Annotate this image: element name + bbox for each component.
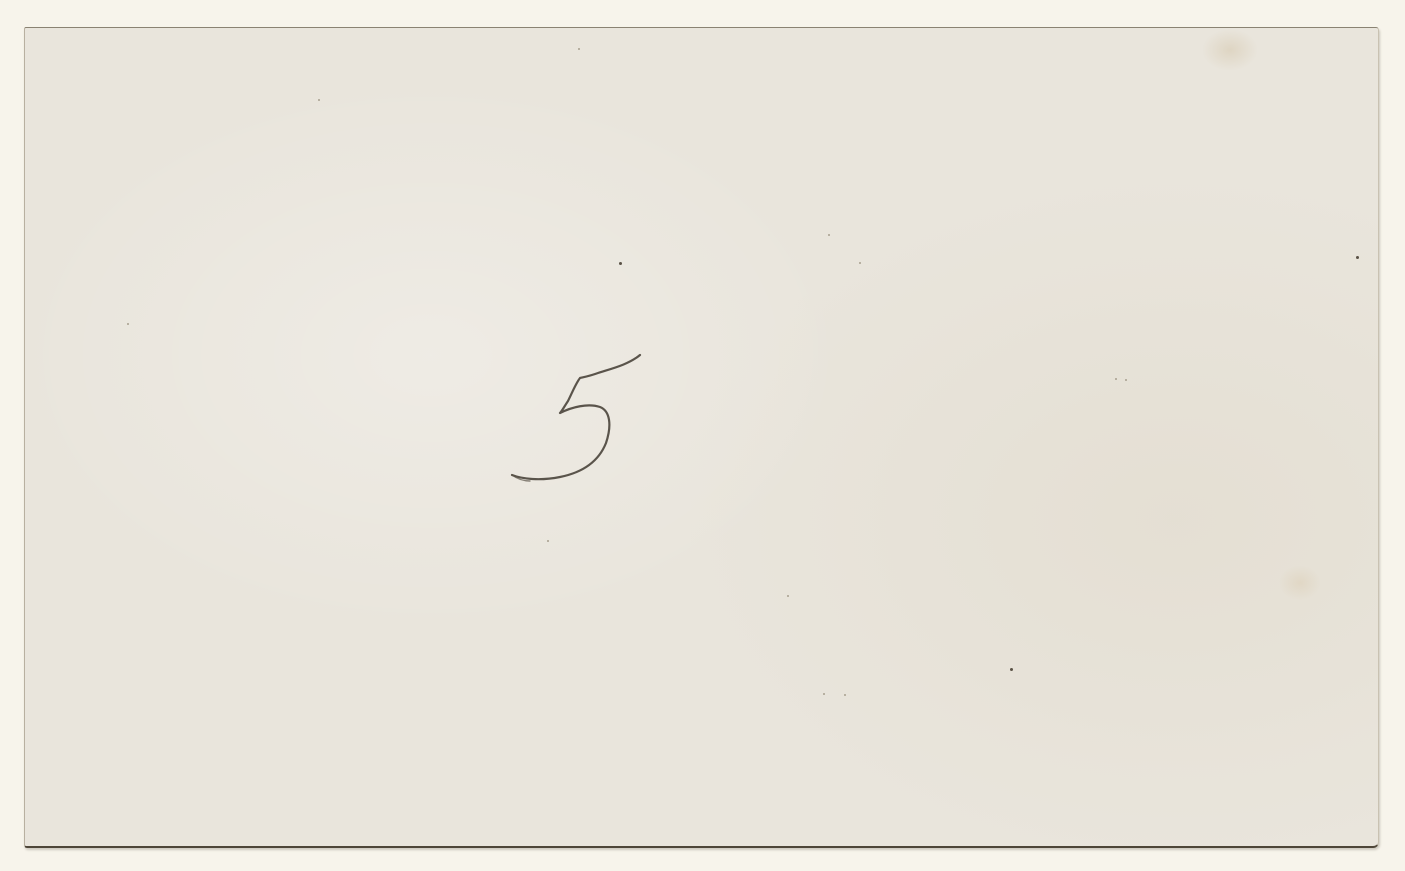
speck	[619, 262, 622, 265]
handwritten-numeral: 5	[500, 345, 660, 495]
speck	[318, 99, 320, 101]
speck	[1356, 256, 1359, 259]
speck	[1125, 379, 1127, 381]
speck	[1010, 668, 1013, 671]
paper-card	[24, 27, 1379, 848]
speck	[828, 234, 830, 236]
numeral-stroke	[500, 345, 660, 495]
speck	[547, 540, 549, 542]
speck	[823, 693, 825, 695]
speck	[844, 694, 846, 696]
speck	[127, 323, 129, 325]
speck	[1115, 378, 1117, 380]
speck	[859, 262, 861, 264]
speck	[578, 48, 580, 50]
speck	[787, 595, 789, 597]
